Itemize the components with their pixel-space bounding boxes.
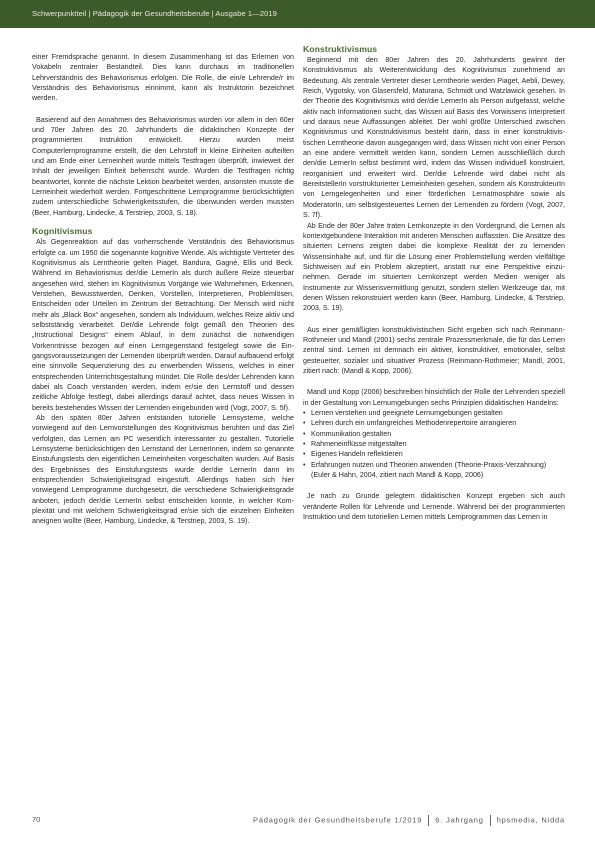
list-item: Lernen verstehen und geeignete Lernumgeb…	[303, 408, 565, 418]
paragraph: Je nach zu Grunde gelegtem didaktischen …	[303, 491, 565, 522]
paragraph: Basierend auf den Annahmen des Behaviori…	[32, 115, 294, 218]
paragraph: Beginnend mit den 80er Jahren des 20. Ja…	[303, 55, 565, 221]
list-citation: (Euler & Hahn, 2004, zitiert nach Mandl …	[303, 470, 565, 480]
divider	[490, 815, 491, 826]
paragraph: einer Fremdsprache genannt. In diesem Zu…	[32, 52, 294, 104]
list-item: Erfahrungen nutzen und Theorien anwenden…	[303, 460, 565, 470]
page-footer: 70 Pädagogik der Gesundheitsberufe 1/201…	[0, 815, 595, 829]
paragraph: Aus einer gemäßigten konstruktivistische…	[303, 325, 565, 377]
paragraph: Als Gegenreaktion auf das vorherrschende…	[32, 237, 294, 413]
section-heading-kognitivismus: Kognitivismus	[32, 226, 294, 237]
divider	[428, 815, 429, 826]
paragraph: Mandl und Kopp (2006) beschreiben hinsic…	[303, 387, 565, 408]
page-number: 70	[32, 815, 40, 824]
principles-list: Lernen verstehen und geeignete Lernumgeb…	[303, 408, 565, 470]
paragraph: Ab Ende der 80er Jahre traten Lernkonzep…	[303, 221, 565, 314]
section-heading-konstruktivismus: Konstruktivismus	[303, 44, 565, 55]
volume: 6. Jahrgang	[435, 815, 483, 824]
list-item: Kommunikation gestalten	[303, 429, 565, 439]
running-header-bar: Schwerpunktteil | Pädagogik der Gesundhe…	[0, 0, 595, 28]
journal-name: Pädagogik der Gesundheitsberufe 1/2019	[253, 815, 422, 824]
paragraph: Ab den späten 80er Jahren entstanden tut…	[32, 413, 294, 527]
list-item: Lehren durch ein umfangreiches Methodenr…	[303, 418, 565, 428]
left-column: einer Fremdsprache genannt. In diesem Zu…	[32, 52, 294, 527]
publisher: hpsmedia, Nidda	[497, 815, 565, 824]
list-item: Rahmeneinflüsse mitgestalten	[303, 439, 565, 449]
right-column: Konstruktivismus Beginnend mit den 80er …	[303, 44, 565, 522]
running-title: Schwerpunktteil | Pädagogik der Gesundhe…	[32, 9, 277, 18]
list-item: Eigenes Handeln reflektieren	[303, 449, 565, 459]
